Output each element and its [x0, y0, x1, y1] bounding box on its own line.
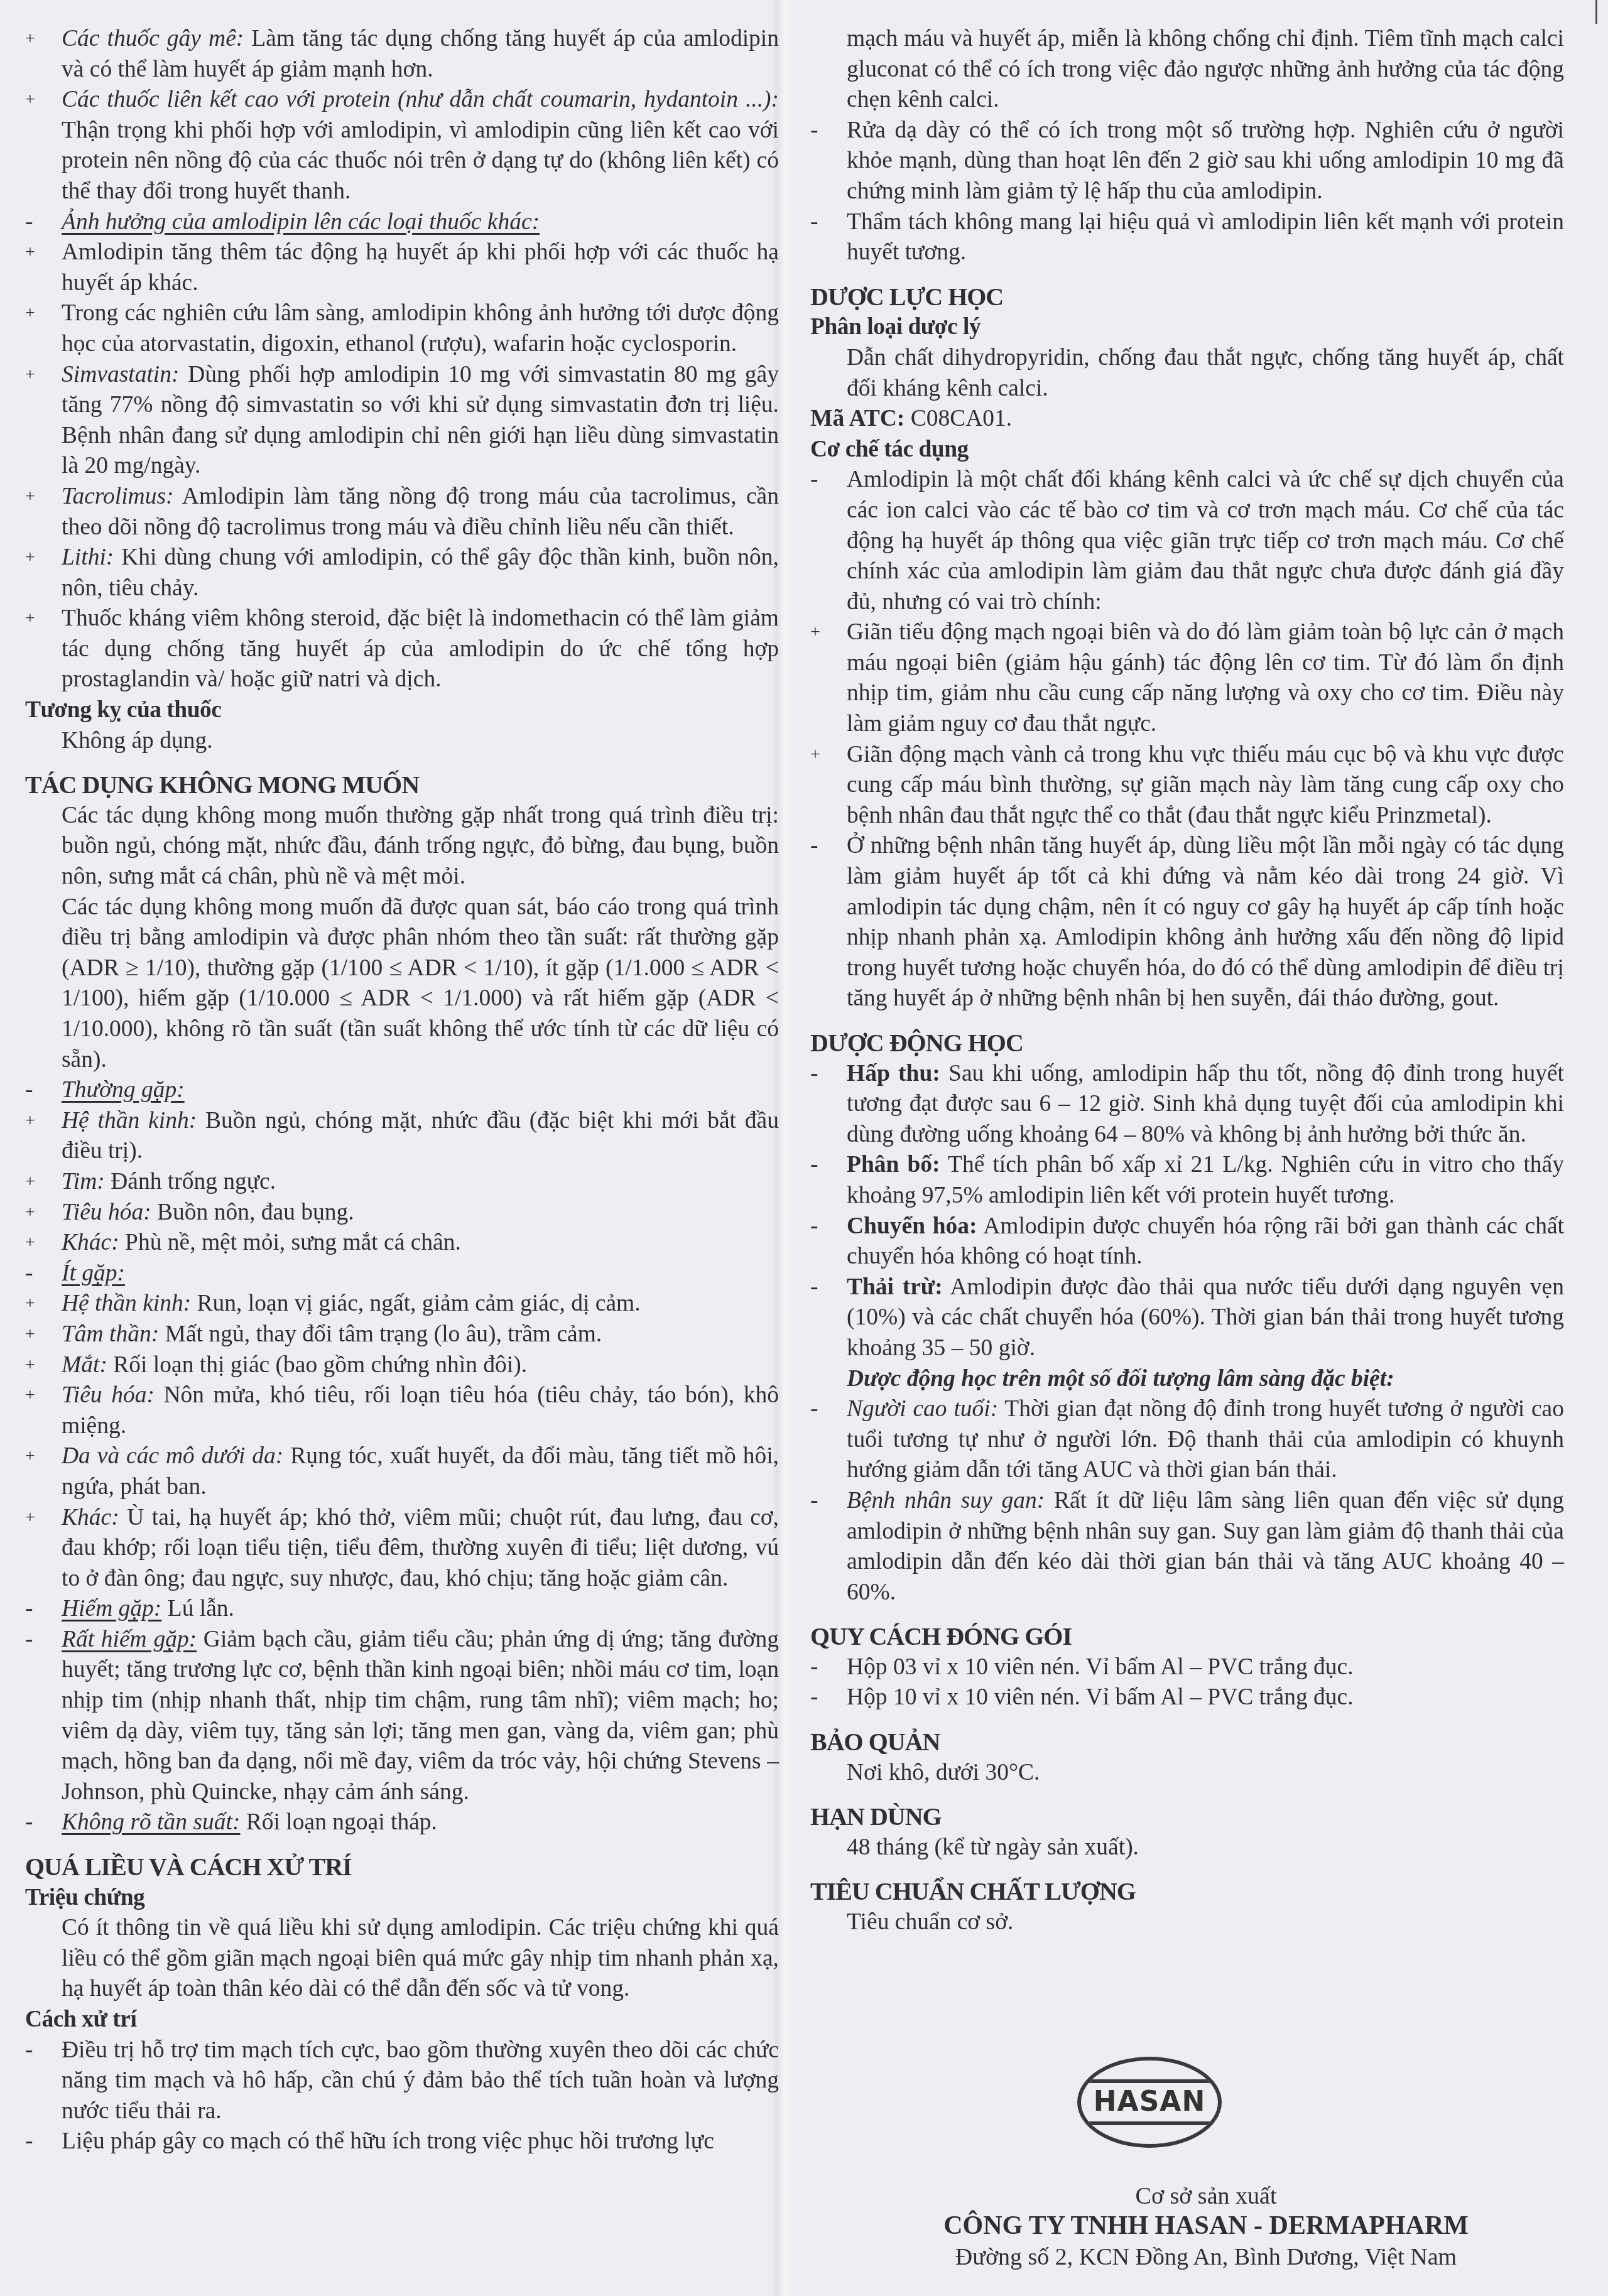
effect-item: +Amlodipin tăng thêm tác động hạ huyết á… — [25, 237, 779, 298]
management-item: -Rửa dạ dày có thể có ích trong một số t… — [810, 116, 1564, 207]
interaction-item: +Các thuốc gây mê: Làm tăng tác dụng chố… — [25, 24, 779, 85]
logo-text: HASAN — [1081, 2086, 1218, 2118]
uncommon-item: +Tiêu hóa: Nôn mửa, khó tiêu, rối loạn t… — [25, 1380, 779, 1441]
incompatibility-heading: Tương kỵ của thuốc — [25, 695, 779, 726]
management-item: -Thẩm tách không mang lại hiệu quả vì am… — [810, 207, 1564, 268]
incompatibility-text: Không áp dụng. — [25, 726, 779, 757]
hasan-logo: HASAN — [1077, 2057, 1222, 2148]
effect-item: +Tacrolimus: Amlodipin làm tăng nồng độ … — [25, 482, 779, 543]
management-continued: mạch máu và huyết áp, miễn là không chốn… — [810, 24, 1564, 116]
effects-subheading: -Ảnh hưởng của amlodipin lên các loại th… — [25, 207, 779, 238]
management-item: -Liệu pháp gây co mạch có thể hữu ích tr… — [25, 2126, 779, 2157]
uncommon-item: +Mắt: Rối loạn thị giác (bao gồm chứng n… — [25, 1350, 779, 1381]
very-rare-item: -Rất hiếm gặp: Giảm bạch cầu, giảm tiểu … — [25, 1625, 779, 1808]
symptoms-text: Có ít thông tin về quá liều khi sử dụng … — [25, 1913, 779, 2005]
effect-item: +Simvastatin: Dùng phối hợp amlodipin 10… — [25, 360, 779, 482]
effect-item: +Lithi: Khi dùng chung với amlodipin, có… — [25, 543, 779, 604]
uncommon-item: +Da và các mô dưới da: Rụng tóc, xuất hu… — [25, 1441, 779, 1502]
leaflet-page: +Các thuốc gây mê: Làm tăng tác dụng chố… — [0, 0, 1608, 2296]
common-item: +Tiêu hóa: Buồn nôn, đau bụng. — [25, 1198, 779, 1228]
left-column: +Các thuốc gây mê: Làm tăng tác dụng chố… — [25, 24, 779, 2157]
adverse-effects-intro: Các tác dụng không mong muốn thường gặp … — [25, 801, 779, 892]
uncommon-heading: -Ít gặp: — [25, 1259, 779, 1289]
pharmacokinetics-heading: DƯỢC ĐỘNG HỌC — [810, 1028, 1564, 1059]
packaging-heading: QUY CÁCH ĐÓNG GÓI — [810, 1622, 1564, 1652]
management-heading: Cách xử trí — [25, 2005, 779, 2035]
quality-standard-heading: TIÊU CHUẨN CHẤT LƯỢNG — [810, 1876, 1564, 1907]
management-item: -Điều trị hỗ trợ tim mạch tích cực, bao … — [25, 2035, 779, 2127]
logo-oval-icon: HASAN — [1077, 2057, 1222, 2148]
pharmacodynamics-heading: DƯỢC LỰC HỌC — [810, 282, 1564, 313]
mechanism-item: +Giãn động mạch vành cả trong khu vực th… — [810, 740, 1564, 831]
fold-edge-mark — [1595, 0, 1597, 24]
common-heading: -Thường gặp: — [25, 1075, 779, 1106]
uncommon-item: +Hệ thần kinh: Run, loạn vị giác, ngất, … — [25, 1289, 779, 1319]
mechanism-heading: Cơ chế tác dụng — [810, 435, 1564, 465]
common-item: +Hệ thần kinh: Buồn ngủ, chóng mặt, nhức… — [25, 1106, 779, 1167]
storage-heading: BẢO QUẢN — [810, 1727, 1564, 1758]
special-item: -Bệnh nhân suy gan: Rất ít dữ liệu lâm s… — [810, 1486, 1564, 1608]
rare-item: -Hiếm gặp: Lú lẫn. — [25, 1594, 779, 1625]
atc-code: Mã ATC: C08CA01. — [810, 404, 1564, 435]
pharm-class-text: Dẫn chất dihydropyridin, chống đau thắt … — [810, 343, 1564, 404]
common-item: +Tim: Đánh trống ngực. — [25, 1167, 779, 1198]
special-item: -Người cao tuổi: Thời gian đạt nồng độ đ… — [810, 1394, 1564, 1486]
adverse-effects-frequency: Các tác dụng không mong muốn đã được qua… — [25, 892, 779, 1076]
right-column: mạch máu và huyết áp, miễn là không chốn… — [810, 24, 1564, 1938]
mechanism-item: +Giãn tiểu động mạch ngoại biên và do đó… — [810, 617, 1564, 739]
uncommon-item: +Tâm thần: Mất ngủ, thay đổi tâm trạng (… — [25, 1319, 779, 1350]
pharm-class-heading: Phân loại dược lý — [810, 312, 1564, 343]
pk-item: -Thải trừ: Amlodipin được đào thải qua n… — [810, 1272, 1564, 1364]
uncommon-item: +Khác: Ù tai, hạ huyết áp; khó thở, viêm… — [25, 1503, 779, 1595]
pk-item: -Phân bố: Thể tích phân bố xấp xỉ 21 L/k… — [810, 1150, 1564, 1211]
storage-text: Nơi khô, dưới 30°C. — [810, 1758, 1564, 1789]
overdose-heading: QUÁ LIỀU VÀ CÁCH XỬ TRÍ — [25, 1852, 779, 1883]
pk-item: -Hấp thu: Sau khi uống, amlodipin hấp th… — [810, 1059, 1564, 1151]
symptoms-heading: Triệu chứng — [25, 1883, 779, 1914]
pk-item: -Chuyển hóa: Amlodipin được chuyển hóa r… — [810, 1211, 1564, 1272]
manufacturer-label: Cơ sở sản xuất — [835, 2182, 1577, 2210]
interaction-item: +Các thuốc liên kết cao với protein (như… — [25, 85, 779, 207]
unknown-frequency-item: -Không rõ tần suất: Rối loạn ngoại tháp. — [25, 1807, 779, 1838]
shelf-life-text: 48 tháng (kể từ ngày sản xuất). — [810, 1833, 1564, 1863]
packaging-item: -Hộp 03 vỉ x 10 viên nén. Vỉ bấm Al – PV… — [810, 1652, 1564, 1683]
shelf-life-heading: HẠN DÙNG — [810, 1802, 1564, 1833]
packaging-item: -Hộp 10 vỉ x 10 viên nén. Vỉ bấm Al – PV… — [810, 1682, 1564, 1713]
common-item: +Khác: Phù nề, mệt mỏi, sưng mắt cá chân… — [25, 1228, 779, 1259]
manufacturer-address: Đường số 2, KCN Đồng An, Bình Dương, Việ… — [835, 2243, 1577, 2271]
quality-standard-text: Tiêu chuẩn cơ sở. — [810, 1907, 1564, 1938]
mechanism-item: -Amlodipin là một chất đối kháng kênh ca… — [810, 465, 1564, 617]
manufacturer-name: CÔNG TY TNHH HASAN - DERMAPHARM — [835, 2211, 1577, 2241]
mechanism-item: -Ở những bệnh nhân tăng huyết áp, dùng l… — [810, 831, 1564, 1014]
adverse-effects-heading: TÁC DỤNG KHÔNG MONG MUỐN — [25, 770, 779, 801]
effect-item: +Trong các nghiên cứu lâm sàng, amlodipi… — [25, 298, 779, 359]
effect-item: +Thuốc kháng viêm không steroid, đặc biệ… — [25, 604, 779, 695]
special-populations-heading: Dược động học trên một số đối tượng lâm … — [810, 1364, 1564, 1395]
